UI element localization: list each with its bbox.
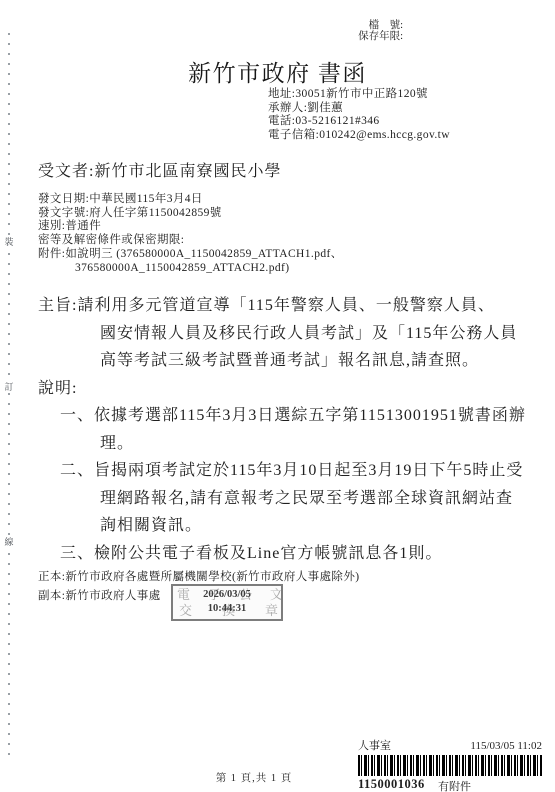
file-number-label: 檔 號: — [343, 20, 403, 31]
explanation-item-3-line-1: 三、檢附公共電子看板及Line官方帳號訊息各1則。 — [38, 540, 543, 568]
explanation-item-2-line-1: 二、旨揭兩項考試定於115年3月10日起至3月19日下午5時止受 — [38, 457, 543, 485]
binding-mark-xian: 線 — [2, 537, 16, 548]
subject-line-2: 國安情報人員及移民行政人員考試」及「115年公務人員 — [38, 320, 543, 348]
attachment-line: 附件:如說明三 (376580000A_1150042859_ATTACH1.p… — [38, 248, 343, 262]
binding-mark-zhuang: 裝 — [2, 237, 16, 248]
explanation-item-1-line-2: 理。 — [38, 430, 543, 458]
explanation-item-2-line-2: 理網路報名,請有意報考之民眾至考選部全球資訊網站查 — [38, 485, 543, 513]
stamp-time: 10:44:31 — [173, 603, 281, 615]
attachment-flag: 有附件 — [438, 778, 471, 792]
document-body: 主旨:請利用多元管道宣導「115年警察人員、一般警察人員、 國安情報人員及移民行… — [38, 292, 543, 567]
subject-line-1: 主旨:請利用多元管道宣導「115年警察人員、一般警察人員、 — [38, 292, 543, 320]
recipient-line: 受文者:新竹市北區南寮國民小學 — [38, 158, 281, 181]
address-line: 地址:30051新竹市中正路120號 — [268, 88, 450, 102]
stamp-date: 2026/03/05 — [173, 589, 281, 601]
department-label: 人事室 — [358, 740, 391, 753]
scan-datetime: 115/03/05 11:02 — [470, 740, 542, 753]
document-title: 新竹市政府 書函 — [0, 55, 555, 88]
security-line: 密等及解密條件或保密期限: — [38, 234, 343, 248]
official-document-page: 裝 訂 線 檔 號: 保存年限: 新竹市政府 書函 地址:30051新竹市中正路… — [0, 0, 555, 792]
electronic-exchange-stamp: 電子公文 交換章 2026/03/05 10:44:31 — [171, 584, 283, 621]
subject-line-3: 高等考試三級考試暨普通考試」報名訊息,請查照。 — [38, 347, 543, 375]
attachment-line-continuation: 376580000A_1150042859_ATTACH2.pdf) — [38, 262, 343, 276]
document-meta-block: 發文日期:中華民國115年3月4日 發文字號:府人任字第1150042859號 … — [38, 193, 343, 275]
retention-period-label: 保存年限: — [343, 31, 403, 42]
barcode-number: 1150001036 — [358, 777, 425, 792]
doc-number-line: 發文字號:府人任字第1150042859號 — [38, 207, 343, 221]
explanation-heading: 說明: — [38, 375, 543, 403]
binding-mark-ding: 訂 — [2, 382, 16, 393]
contact-person-line: 承辦人:劉佳蕙 — [268, 102, 450, 116]
email-line: 電子信箱:010242@ems.hccg.gov.tw — [268, 129, 450, 143]
barcode — [358, 755, 542, 776]
explanation-item-2-line-3: 詢相關資訊。 — [38, 512, 543, 540]
issue-date-line: 發文日期:中華民國115年3月4日 — [38, 193, 343, 207]
binding-dotted-line — [8, 33, 10, 761]
speed-line: 速別:普通件 — [38, 220, 343, 234]
phone-line: 電話:03-5216121#346 — [268, 115, 450, 129]
contact-block: 地址:30051新竹市中正路120號 承辦人:劉佳蕙 電話:03-5216121… — [268, 88, 450, 142]
explanation-item-1-line-1: 一、依據考選部115年3月3日選綜五字第11513001951號書函辦 — [38, 402, 543, 430]
registration-block: 人事室 115/03/05 11:02 1150001036 有附件 — [358, 740, 542, 791]
page-number: 第 1 頁,共 1 頁 — [118, 770, 390, 785]
file-number-block: 檔 號: 保存年限: — [343, 20, 403, 42]
